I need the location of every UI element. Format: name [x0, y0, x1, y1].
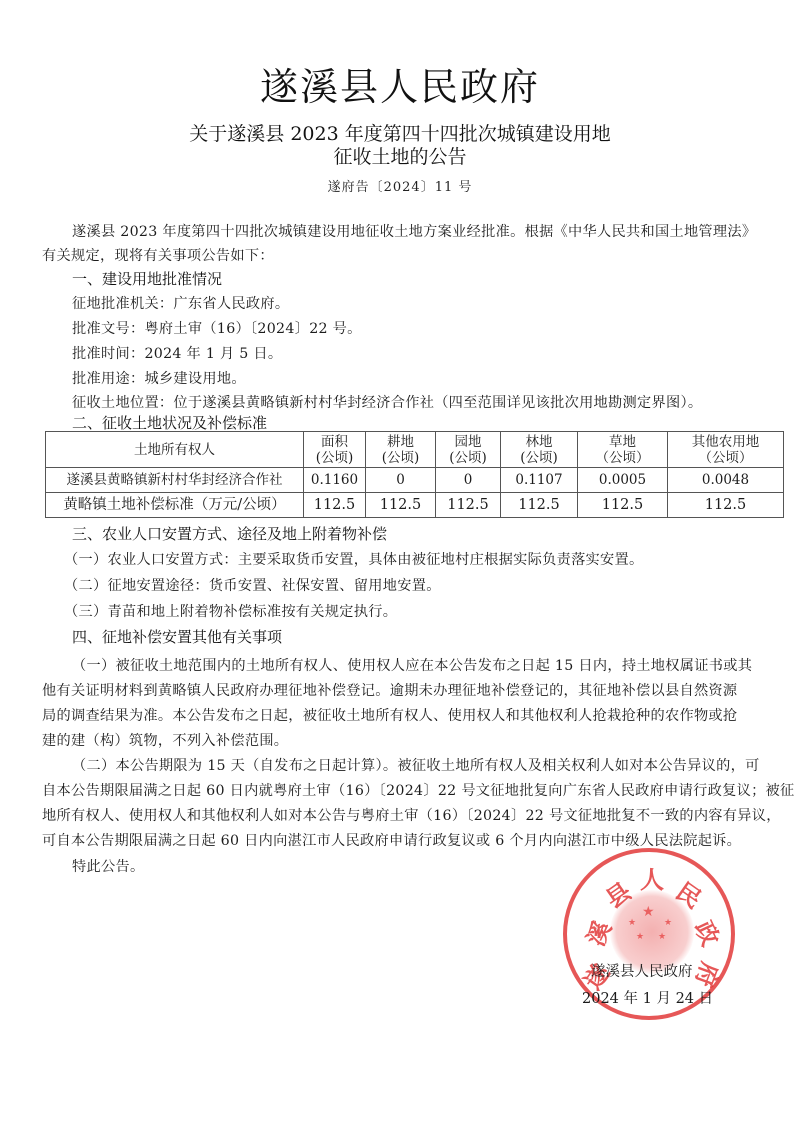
star-icon: ★ — [658, 932, 666, 942]
section-3-item-1: （一）农业人口安置方式：主要采取货币安置，具体由被征地村庄根据实际负责落实安置。 — [64, 549, 644, 569]
approval-document-number: 批准文号：粤府土审（16）〔2024〕22 号。 — [72, 318, 362, 338]
star-icon: ★ — [628, 918, 636, 928]
cell-area: 0.1160 — [304, 468, 366, 493]
cell-grass: 0.0005 — [578, 468, 668, 493]
section-4-para-2-line-3: 地所有权人、使用权人和其他权利人如对本公告与粤府土审（16）〔2024〕22 号… — [42, 805, 781, 825]
cell-standard-garden: 112.5 — [436, 493, 501, 518]
section-3-heading: 三、农业人口安置方式、途径及地上附着物补偿 — [72, 523, 387, 544]
section-4-para-1-line-3: 局的调查结果为准。本公告发布之日起，被征收土地所有权人、使用权人和其他权利人抢栽… — [42, 705, 737, 725]
intro-line-1: 遂溪县 2023 年度第四十四批次城镇建设用地征收土地方案业经批准。根据《中华人… — [72, 221, 756, 241]
cell-standard-other-agri: 112.5 — [668, 493, 784, 518]
section-4-para-1-line-4: 建的建（构）筑物，不列入补偿范围。 — [42, 730, 288, 750]
header-forest: 林地(公顷) — [501, 432, 578, 468]
section-2-heading: 二、征收土地状况及补偿标准 — [72, 412, 267, 433]
signature-organization: 遂溪县人民政府 — [591, 960, 693, 981]
section-4-para-2-line-2: 自本公告期限届满之日起 60 日内就粤府土审（16）〔2024〕22 号文征地批… — [42, 780, 795, 800]
header-owner: 土地所有权人 — [46, 432, 304, 468]
section-4-para-1-line-1: （一）被征收土地范围内的土地所有权人、使用权人应在本公告发布之日起 15 日内，… — [72, 655, 752, 675]
star-icon: ★ — [636, 932, 644, 942]
table-header-row: 土地所有权人 面积(公顷) 耕地(公顷) 园地(公顷) 林地(公顷) 草地（公顷… — [46, 432, 784, 468]
section-4-para-1-line-2: 他有关证明材料到黄略镇人民政府办理征地补偿登记。逾期未办理征地补偿登记的，其征地… — [42, 680, 737, 700]
land-location: 征收土地位置：位于遂溪县黄略镇新村村华封经济合作社（四至范围详见该批次用地勘测定… — [72, 392, 702, 412]
header-cultivated: 耕地(公顷) — [366, 432, 436, 468]
cell-standard-area: 112.5 — [304, 493, 366, 518]
land-compensation-table: 土地所有权人 面积(公顷) 耕地(公顷) 园地(公顷) 林地(公顷) 草地（公顷… — [45, 431, 784, 518]
header-area: 面积(公顷) — [304, 432, 366, 468]
intro-line-2: 有关规定，现将有关事项公告如下： — [42, 245, 274, 265]
approval-date: 批准时间：2024 年 1 月 5 日。 — [72, 343, 282, 363]
cell-other-agri: 0.0048 — [668, 468, 784, 493]
notice-title-line2: 征收土地的公告 — [0, 142, 800, 169]
section-3-item-2: （二）征地安置途径：货币安置、社保安置、留用地安置。 — [64, 575, 441, 595]
signature-date: 2024 年 1 月 24 日 — [582, 987, 713, 1008]
section-3-item-3: （三）青苗和地上附着物补偿标准按有关规定执行。 — [64, 601, 397, 621]
closing-statement: 特此公告。 — [72, 856, 144, 876]
document-number: 遂府告〔2024〕11 号 — [0, 176, 800, 195]
cell-forest: 0.1107 — [501, 468, 578, 493]
cell-garden: 0 — [436, 468, 501, 493]
star-icon: ★ — [642, 904, 655, 920]
cell-standard-forest: 112.5 — [501, 493, 578, 518]
cell-owner: 遂溪县黄略镇新村村华封经济合作社 — [46, 468, 304, 493]
approval-purpose: 批准用途：城乡建设用地。 — [72, 368, 246, 388]
section-4-para-2-line-1: （二）本公告期限为 15 天（自发布之日起计算）。被征收土地所有权人及相关权利人… — [72, 755, 760, 775]
seal-char: 人 — [640, 860, 664, 895]
cell-standard-label: 黄略镇土地补偿标准（万元/公顷） — [46, 493, 304, 518]
header-garden: 园地(公顷) — [436, 432, 501, 468]
header-other-agri: 其他农用地（公顷） — [668, 432, 784, 468]
table-row: 遂溪县黄略镇新村村华封经济合作社 0.1160 0 0 0.1107 0.000… — [46, 468, 784, 493]
cell-standard-grass: 112.5 — [578, 493, 668, 518]
cell-cultivated: 0 — [366, 468, 436, 493]
section-4-para-2-line-4: 可自本公告期限届满之日起 60 日内向湛江市人民政府申请行政复议或 6 个月内向… — [42, 830, 741, 850]
star-icon: ★ — [664, 918, 672, 928]
cell-standard-cultivated: 112.5 — [366, 493, 436, 518]
approval-authority: 征地批准机关：广东省人民政府。 — [72, 293, 289, 313]
header-grass: 草地（公顷） — [578, 432, 668, 468]
table-row: 黄略镇土地补偿标准（万元/公顷） 112.5 112.5 112.5 112.5… — [46, 493, 784, 518]
issuer-title: 遂溪县人民政府 — [0, 56, 800, 111]
section-4-heading: 四、征地补偿安置其他有关事项 — [72, 626, 282, 647]
section-1-heading: 一、建设用地批准情况 — [72, 268, 222, 289]
